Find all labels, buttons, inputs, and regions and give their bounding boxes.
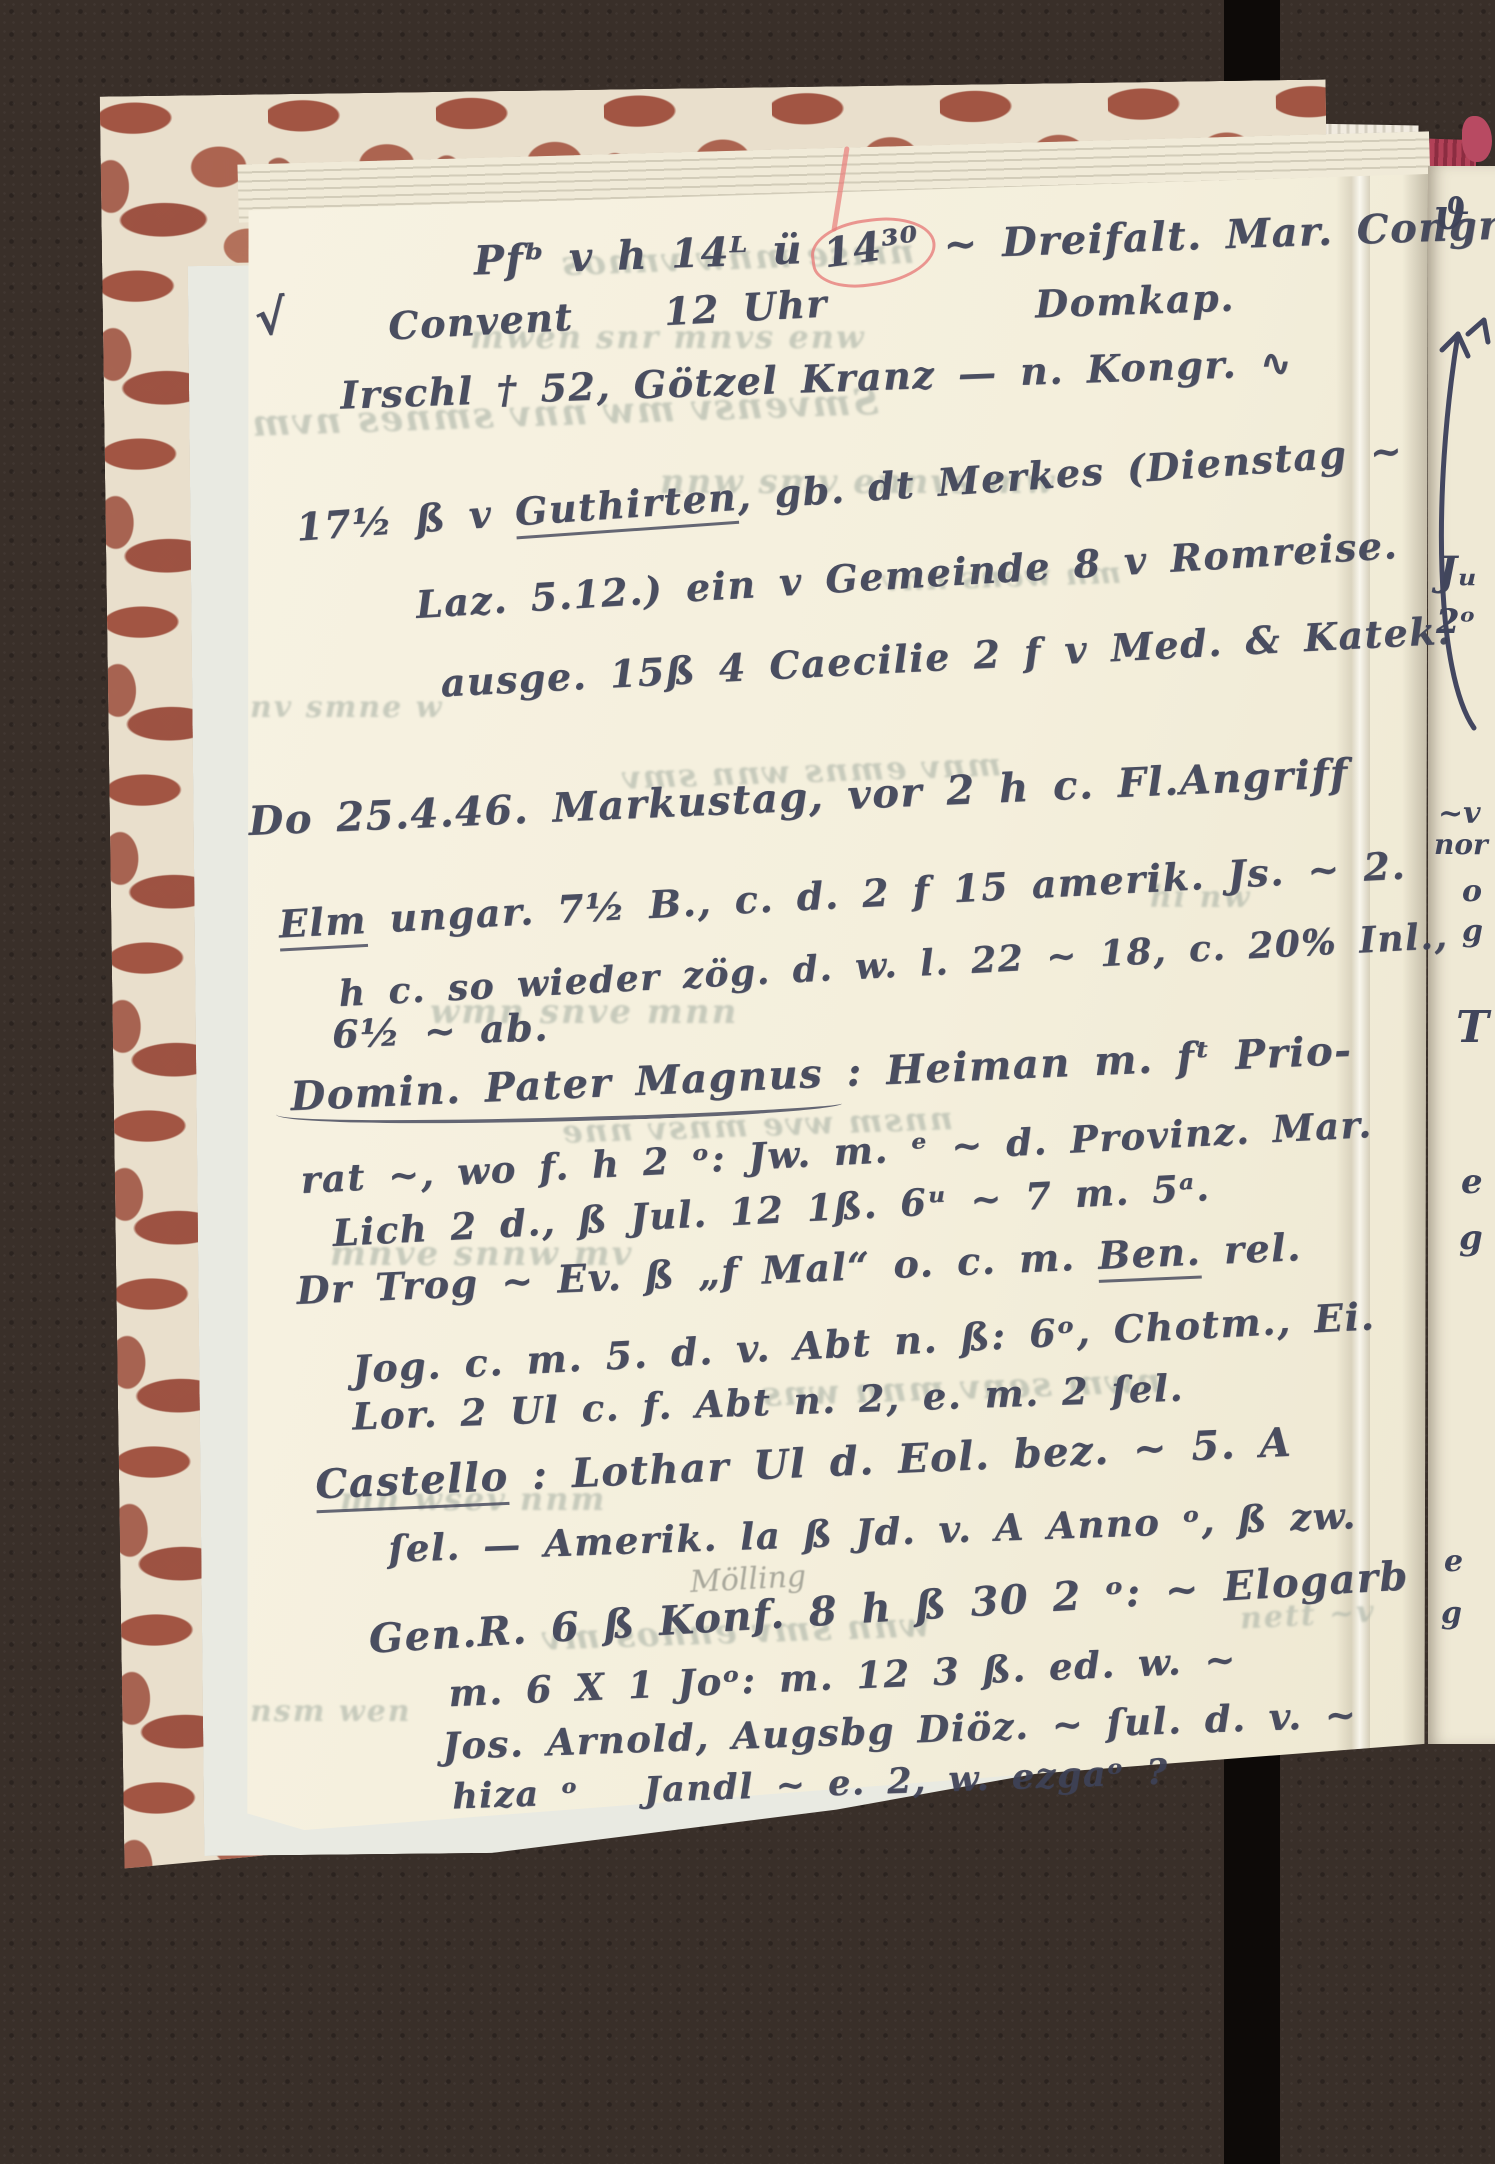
page-fragment-glyph: g <box>1441 1596 1462 1631</box>
page-fragment-glyph: e <box>1461 1162 1483 1202</box>
checkmark: √ <box>252 288 291 347</box>
line-text: rel. <box>1200 1224 1302 1273</box>
handwriting-line: Domkap. <box>1034 275 1235 327</box>
page-fragment-glyph: Jᵤ <box>1438 548 1478 595</box>
underlined-text: Ben. <box>1097 1228 1202 1282</box>
page-fragment-glyph: ~v <box>1438 796 1481 831</box>
page-fragment-glyph: nor <box>1434 828 1488 861</box>
page-fragment-glyph: o <box>1462 874 1482 909</box>
underlined-text: Castello <box>314 1453 509 1513</box>
bleed-through-text: nsm wen <box>250 1694 412 1729</box>
photograph-backdrop: ϑ Jᵤ 2ᵒ ~v nor o g T e g e g nmse mnw vn… <box>0 0 1495 2164</box>
underlined-text: Elm <box>278 897 369 952</box>
line-text: ~ Dreifalt. Mar. Congr. ~ <box>943 199 1495 268</box>
line-text: 6½ ~ ab. <box>331 1004 549 1057</box>
page-fragment-glyph: e <box>1444 1544 1463 1579</box>
line-text: Pfᵇ v h 14ᴸ ü <box>473 226 804 284</box>
page-fragment-glyph: g <box>1462 914 1483 949</box>
page-fragment-glyph: g <box>1459 1218 1483 1258</box>
bleed-through-text: nv smne w <box>250 690 444 725</box>
line-text: Domkap. <box>1034 275 1235 327</box>
red-circle-annotation: 14³⁰ <box>807 210 940 294</box>
handwriting-line: 6½ ~ ab. <box>331 1004 549 1057</box>
page-fragment-glyph: T <box>1456 1002 1489 1053</box>
arrow-annotation <box>1428 294 1494 734</box>
